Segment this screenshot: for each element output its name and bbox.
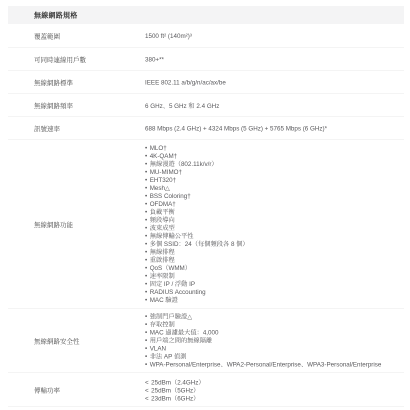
bullet-icon: • — [145, 176, 147, 184]
list-item-text: WPA-Personal/Enterprise、WPA2-Personal/En… — [150, 361, 382, 369]
bullet-icon: • — [145, 296, 147, 304]
list-item-text: 4K-QAM† — [150, 152, 177, 160]
list-item: •無線傳輸公平性 — [145, 232, 249, 240]
bullet-icon: • — [145, 232, 147, 240]
list-item: •固定 IP / 浮動 IP — [145, 280, 249, 288]
list-item: •MU-MIMO† — [145, 168, 249, 176]
less-than-marker: < — [145, 379, 149, 387]
list-item: •QoS（WMM） — [145, 264, 249, 272]
bullet-icon: • — [145, 240, 147, 248]
spec-label: 訊號速率 — [8, 117, 145, 140]
bullet-icon: • — [145, 361, 147, 369]
bullet-icon: • — [145, 200, 147, 208]
bullet-icon: • — [145, 248, 147, 256]
less-than-marker: < — [145, 387, 149, 395]
bullet-icon: • — [145, 224, 147, 232]
spec-row-wifi-standards: 無線網路標準 IEEE 802.11 a/b/g/n/ac/ax/be — [8, 71, 404, 94]
spec-value: 380+** — [145, 48, 404, 71]
list-item-text: 固定 IP / 浮動 IP — [150, 280, 195, 288]
bullet-icon: • — [145, 313, 147, 321]
bullet-icon: • — [145, 256, 147, 264]
spec-value: 1500 ft² (140m²)³ — [145, 24, 404, 48]
bullet-icon: • — [145, 208, 147, 216]
bullet-icon: • — [145, 353, 147, 361]
bullet-icon: • — [145, 168, 147, 176]
list-item-text: BSS Coloring† — [150, 192, 191, 200]
spec-row-coverage: 覆蓋範圍 1500 ft² (140m²)³ — [8, 24, 404, 48]
list-item: •MAC 過濾最大值：4,000 — [145, 329, 381, 337]
list-item-text: 無線漫遊（802.11k/v/r） — [150, 160, 218, 168]
list-item-text: 波束成型 — [150, 224, 175, 232]
bullet-icon: • — [145, 321, 147, 329]
spec-value: <25dBm（2.4GHz）<25dBm（5GHz）<23dBm（6GHz） — [145, 373, 404, 407]
list-item-text: 23dBm（6GHz） — [151, 395, 199, 403]
spec-value: 6 GHz、5 GHz 和 2.4 GHz — [145, 94, 404, 117]
bullet-icon: • — [145, 337, 147, 345]
spec-value: •強制門戶驗證△•存取控制•MAC 過濾最大值：4,000•用戶端之間的無線隔離… — [145, 309, 404, 373]
list-item-text: RADIUS Accounting — [150, 288, 206, 296]
list-item-text: EHT320† — [150, 176, 176, 184]
spec-row-wifi-security: 無線網路安全性 •強制門戶驗證△•存取控制•MAC 過濾最大值：4,000•用戶… — [8, 309, 404, 374]
list-item: •MLO† — [145, 144, 249, 152]
spec-label: 覆蓋範圍 — [8, 24, 145, 48]
list-item: •MAC 驗證 — [145, 296, 249, 304]
list-item-text: 頻段導向 — [150, 216, 175, 224]
spec-label: 無線網路頻率 — [8, 94, 145, 117]
list-item-text: 25dBm（2.4GHz） — [151, 379, 204, 387]
bullet-icon: • — [145, 192, 147, 200]
bullet-icon: • — [145, 288, 147, 296]
spec-value: 688 Mbps (2.4 GHz) + 4324 Mbps (5 GHz) +… — [145, 117, 404, 140]
list-item: •速率限制 — [145, 272, 249, 280]
spec-label: 傳輸功率 — [8, 373, 145, 407]
less-than-marker: < — [145, 395, 149, 403]
list-item: •強制門戶驗證△ — [145, 313, 381, 321]
list-item: <23dBm（6GHz） — [145, 395, 205, 403]
list-item: •BSS Coloring† — [145, 192, 249, 200]
list-item-text: 多個 SSID：24（每個頻段各 8 個） — [150, 240, 249, 248]
security-list: •強制門戶驗證△•存取控制•MAC 過濾最大值：4,000•用戶端之間的無線隔離… — [145, 309, 381, 373]
list-item: •無線漫遊（802.11k/v/r） — [145, 160, 249, 168]
list-item: •OFDMA† — [145, 200, 249, 208]
spec-label: 無線網路安全性 — [8, 309, 145, 373]
list-item-text: MAC 過濾最大值：4,000 — [150, 329, 219, 337]
bullet-icon: • — [145, 264, 147, 272]
list-item-text: MU-MIMO† — [150, 168, 182, 176]
list-item-text: 存取控制 — [150, 321, 175, 329]
bullet-icon: • — [145, 184, 147, 192]
list-item-text: QoS（WMM） — [150, 264, 191, 272]
bullet-icon: • — [145, 216, 147, 224]
spec-value: IEEE 802.11 a/b/g/n/ac/ax/be — [145, 71, 404, 94]
bullet-icon: • — [145, 329, 147, 337]
list-item-text: 重啟排程 — [150, 256, 175, 264]
list-item: •負載平衡 — [145, 208, 249, 216]
spec-row-signal-rate: 訊號速率 688 Mbps (2.4 GHz) + 4324 Mbps (5 G… — [8, 117, 404, 140]
list-item: •WPA-Personal/Enterprise、WPA2-Personal/E… — [145, 361, 381, 369]
list-item: <25dBm（2.4GHz） — [145, 379, 205, 387]
list-item: •無線排程 — [145, 248, 249, 256]
list-item-text: 速率限制 — [150, 272, 175, 280]
page: 無線網路規格 覆蓋範圍 1500 ft² (140m²)³ 可同時連線用戶數 3… — [0, 6, 410, 410]
bullet-icon: • — [145, 280, 147, 288]
list-item-text: 用戶端之間的無線隔離 — [150, 337, 213, 345]
transmit-power-list: <25dBm（2.4GHz）<25dBm（5GHz）<23dBm（6GHz） — [145, 373, 205, 407]
bullet-icon: • — [145, 345, 147, 353]
spec-label: 可同時連線用戶數 — [8, 48, 145, 71]
list-item: •非法 AP 偵測 — [145, 353, 381, 361]
list-item-text: OFDMA† — [150, 200, 176, 208]
spec-label: 無線網路功能 — [8, 140, 145, 308]
spec-value: •MLO†•4K-QAM†•無線漫遊（802.11k/v/r）•MU-MIMO†… — [145, 140, 404, 308]
spec-row-concurrent-clients: 可同時連線用戶數 380+** — [8, 48, 404, 71]
list-item: •多個 SSID：24（每個頻段各 8 個） — [145, 240, 249, 248]
list-item-text: MLO† — [150, 144, 167, 152]
list-item-text: VLAN — [150, 345, 166, 353]
list-item-text: MAC 驗證 — [150, 296, 178, 304]
feature-list: •MLO†•4K-QAM†•無線漫遊（802.11k/v/r）•MU-MIMO†… — [145, 140, 249, 308]
list-item: •EHT320† — [145, 176, 249, 184]
list-item-text: 無線傳輸公平性 — [150, 232, 194, 240]
spec-label: 無線網路標準 — [8, 71, 145, 94]
list-item-text: 強制門戶驗證△ — [150, 313, 192, 321]
list-item: •用戶端之間的無線隔離 — [145, 337, 381, 345]
spec-table: 無線網路規格 覆蓋範圍 1500 ft² (140m²)³ 可同時連線用戶數 3… — [8, 6, 404, 407]
list-item-text: 無線排程 — [150, 248, 175, 256]
list-item: •波束成型 — [145, 224, 249, 232]
list-item: •存取控制 — [145, 321, 381, 329]
bullet-icon: • — [145, 144, 147, 152]
list-item: •頻段導向 — [145, 216, 249, 224]
bullet-icon: • — [145, 160, 147, 168]
list-item-text: 非法 AP 偵測 — [150, 353, 187, 361]
list-item: •Mesh△ — [145, 184, 249, 192]
spec-row-wifi-features: 無線網路功能 •MLO†•4K-QAM†•無線漫遊（802.11k/v/r）•M… — [8, 140, 404, 309]
list-item-text: 25dBm（5GHz） — [151, 387, 199, 395]
list-item: •VLAN — [145, 345, 381, 353]
spec-row-transmit-power: 傳輸功率 <25dBm（2.4GHz）<25dBm（5GHz）<23dBm（6G… — [8, 373, 404, 407]
bullet-icon: • — [145, 272, 147, 280]
list-item: •重啟排程 — [145, 256, 249, 264]
list-item-text: 負載平衡 — [150, 208, 175, 216]
list-item-text: Mesh△ — [150, 184, 170, 192]
section-title: 無線網路規格 — [34, 10, 78, 20]
spec-row-wifi-frequency: 無線網路頻率 6 GHz、5 GHz 和 2.4 GHz — [8, 94, 404, 117]
bullet-icon: • — [145, 152, 147, 160]
list-item: •RADIUS Accounting — [145, 288, 249, 296]
list-item: •4K-QAM† — [145, 152, 249, 160]
section-header: 無線網路規格 — [8, 6, 404, 24]
list-item: <25dBm（5GHz） — [145, 387, 205, 395]
